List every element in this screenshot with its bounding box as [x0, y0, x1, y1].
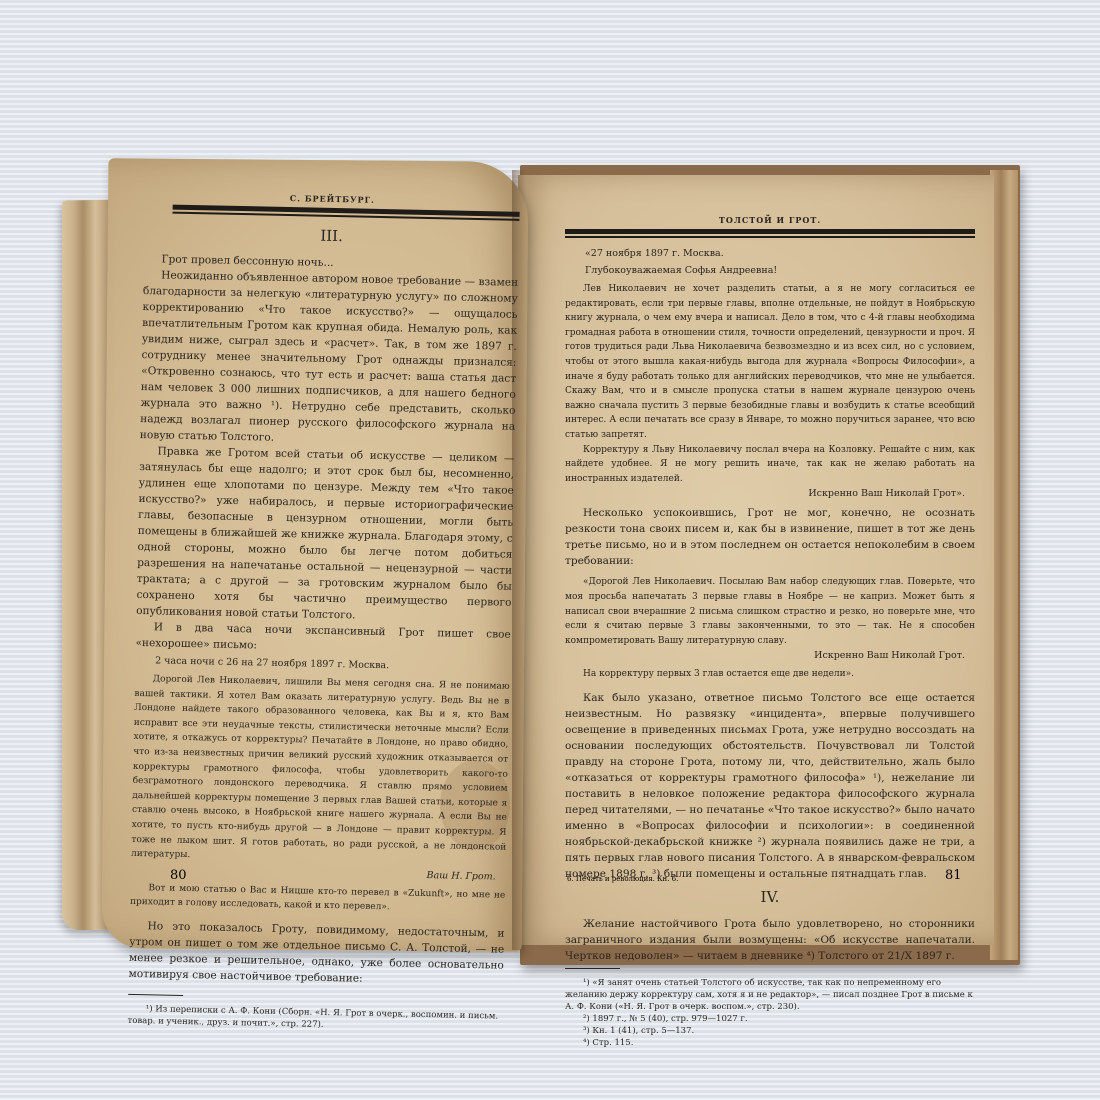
left-page: С. БРЕЙТБУРГ. III. Грот провел бессонную…: [127, 190, 519, 1035]
letter-postscript: На корректуру первых 3 глав остается еще…: [565, 667, 975, 682]
section-heading: III.: [144, 223, 519, 249]
letter-signature: Искренно Ваш Николай Грот.: [565, 650, 965, 661]
open-book: С. БРЕЙТБУРГ. III. Грот провел бессонную…: [0, 0, 1100, 1100]
footnote: ²) 1897 г., № 5 (40), стр. 979—1027 г.: [565, 1013, 975, 1025]
paragraph: Желание настойчивого Грота было удовлетв…: [565, 916, 975, 964]
section-heading: IV.: [565, 888, 975, 906]
footnote: ¹) Из переписки с А. Ф. Кони (Сборн. «Н.…: [127, 1003, 502, 1035]
footnote: ¹) «Я занят очень статьей Толстого об ис…: [565, 977, 975, 1013]
letter-signature: Искренно Ваш Николай Грот».: [565, 488, 965, 499]
printer-signature-mark: 6. Печать и революция. Кн. 6.: [567, 875, 678, 883]
header-rule-thin: [565, 236, 975, 238]
letter-postscript: Вот и мою статью о Вас и Ницше кто-то пе…: [130, 881, 506, 918]
paragraph: Правка же Гротом всей статьи об искусств…: [136, 443, 515, 627]
paragraph: Несколько успокоившись, Грот не мог, кон…: [565, 505, 975, 569]
footnote-rule: [128, 994, 183, 996]
footnote: ⁴) Стр. 115.: [565, 1037, 975, 1049]
letter-dateline: 2 часа ночи с 26 на 27 ноября 1897 г. Мо…: [135, 655, 510, 674]
letter-body: Лев Николаевич не хочет разделить статьи…: [565, 282, 975, 443]
page-number: 80: [170, 868, 187, 883]
running-head: ТОЛСТОЙ И ГРОТ.: [565, 215, 975, 225]
letter-body: Корректуру я Льву Николаевичу послал вче…: [565, 443, 975, 487]
footnote-rule: [565, 968, 620, 969]
paragraph: Но это показалось Гроту, повидимому, нед…: [128, 918, 504, 990]
paragraph: Как было указано, ответное письмо Толсто…: [565, 690, 975, 882]
footnote: ³) Кн. 1 (41), стр. 5—137.: [565, 1025, 975, 1037]
letter-salutation: Глубокоуважаемая Софья Андреевна!: [565, 265, 975, 276]
letter-dateline: «27 ноября 1897 г. Москва.: [565, 248, 975, 259]
page-number: 81: [945, 868, 962, 883]
paragraph: Неожиданно объявленное автором новое тре…: [140, 267, 519, 451]
letter-body: «Дорогой Лев Николаевич. Посылаю Вам наб…: [565, 575, 975, 648]
letter-body: Дорогой Лев Николаевич, лишили Вы меня с…: [131, 672, 510, 870]
right-page: ТОЛСТОЙ И ГРОТ. «27 ноября 1897 г. Москв…: [565, 215, 975, 1049]
header-rule: [565, 229, 975, 234]
paragraph: И в два часа ночи экспансивный Грот пише…: [135, 619, 511, 659]
right-page-edges: [990, 170, 1018, 960]
